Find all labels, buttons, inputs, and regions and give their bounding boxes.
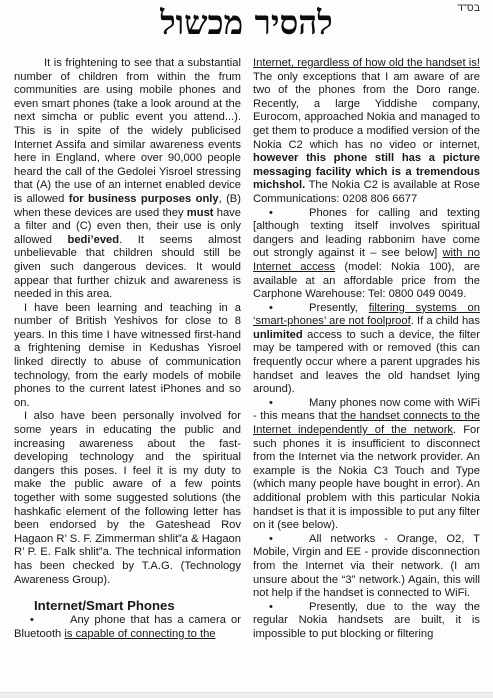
paragraph-public-awareness: I also have been personally involved for… xyxy=(14,410,241,587)
paragraph-continuation-internet-handset: Internet, regardless of how old the hand… xyxy=(253,57,480,207)
left-column: It is frightening to see that a substant… xyxy=(14,57,241,642)
bullet-nokia-handsets-blocking: •Presently, due to the way the regular N… xyxy=(253,601,480,642)
bullet-icon: • xyxy=(253,207,309,221)
bullet-icon: • xyxy=(14,614,70,628)
bullet-text: Many phones now come with WiFi - this me… xyxy=(253,397,480,531)
bullet-any-phone-camera-bluetooth: •Any phone that has a camera or Bluetoot… xyxy=(14,614,241,641)
bullet-icon: • xyxy=(253,533,309,547)
paragraph-intro-frightening: It is frightening to see that a substant… xyxy=(14,57,241,302)
bullet-all-networks-disconnection: •All networks - Orange, O2, T Mobile, Vi… xyxy=(253,533,480,601)
bullet-text: Phones for calling and texting [although… xyxy=(253,207,480,301)
section-heading-internet-smart-phones: Internet/Smart Phones xyxy=(14,598,241,614)
bullet-icon: • xyxy=(253,302,309,316)
document-page: בס"ד להסיר מכשול It is frightening to se… xyxy=(0,0,493,698)
bullet-phones-calling-texting: •Phones for calling and texting [althoug… xyxy=(253,207,480,302)
paragraph-teaching-yeshivos: I have been learning and teaching in a n… xyxy=(14,302,241,411)
bullet-wifi-independent-connection: •Many phones now come with WiFi - this m… xyxy=(253,397,480,533)
bullet-icon: • xyxy=(253,397,309,411)
right-column: Internet, regardless of how old the hand… xyxy=(253,57,480,642)
two-column-body: It is frightening to see that a substant… xyxy=(14,57,480,642)
bullet-filtering-not-foolproof: •Presently, filtering systems on ‘smart-… xyxy=(253,302,480,397)
bullet-text: Presently, filtering systems on ‘smart-p… xyxy=(253,302,480,396)
document-title: להסיר מכשול xyxy=(0,4,493,42)
page-bottom-edge xyxy=(0,692,493,698)
bullet-icon: • xyxy=(253,601,309,615)
